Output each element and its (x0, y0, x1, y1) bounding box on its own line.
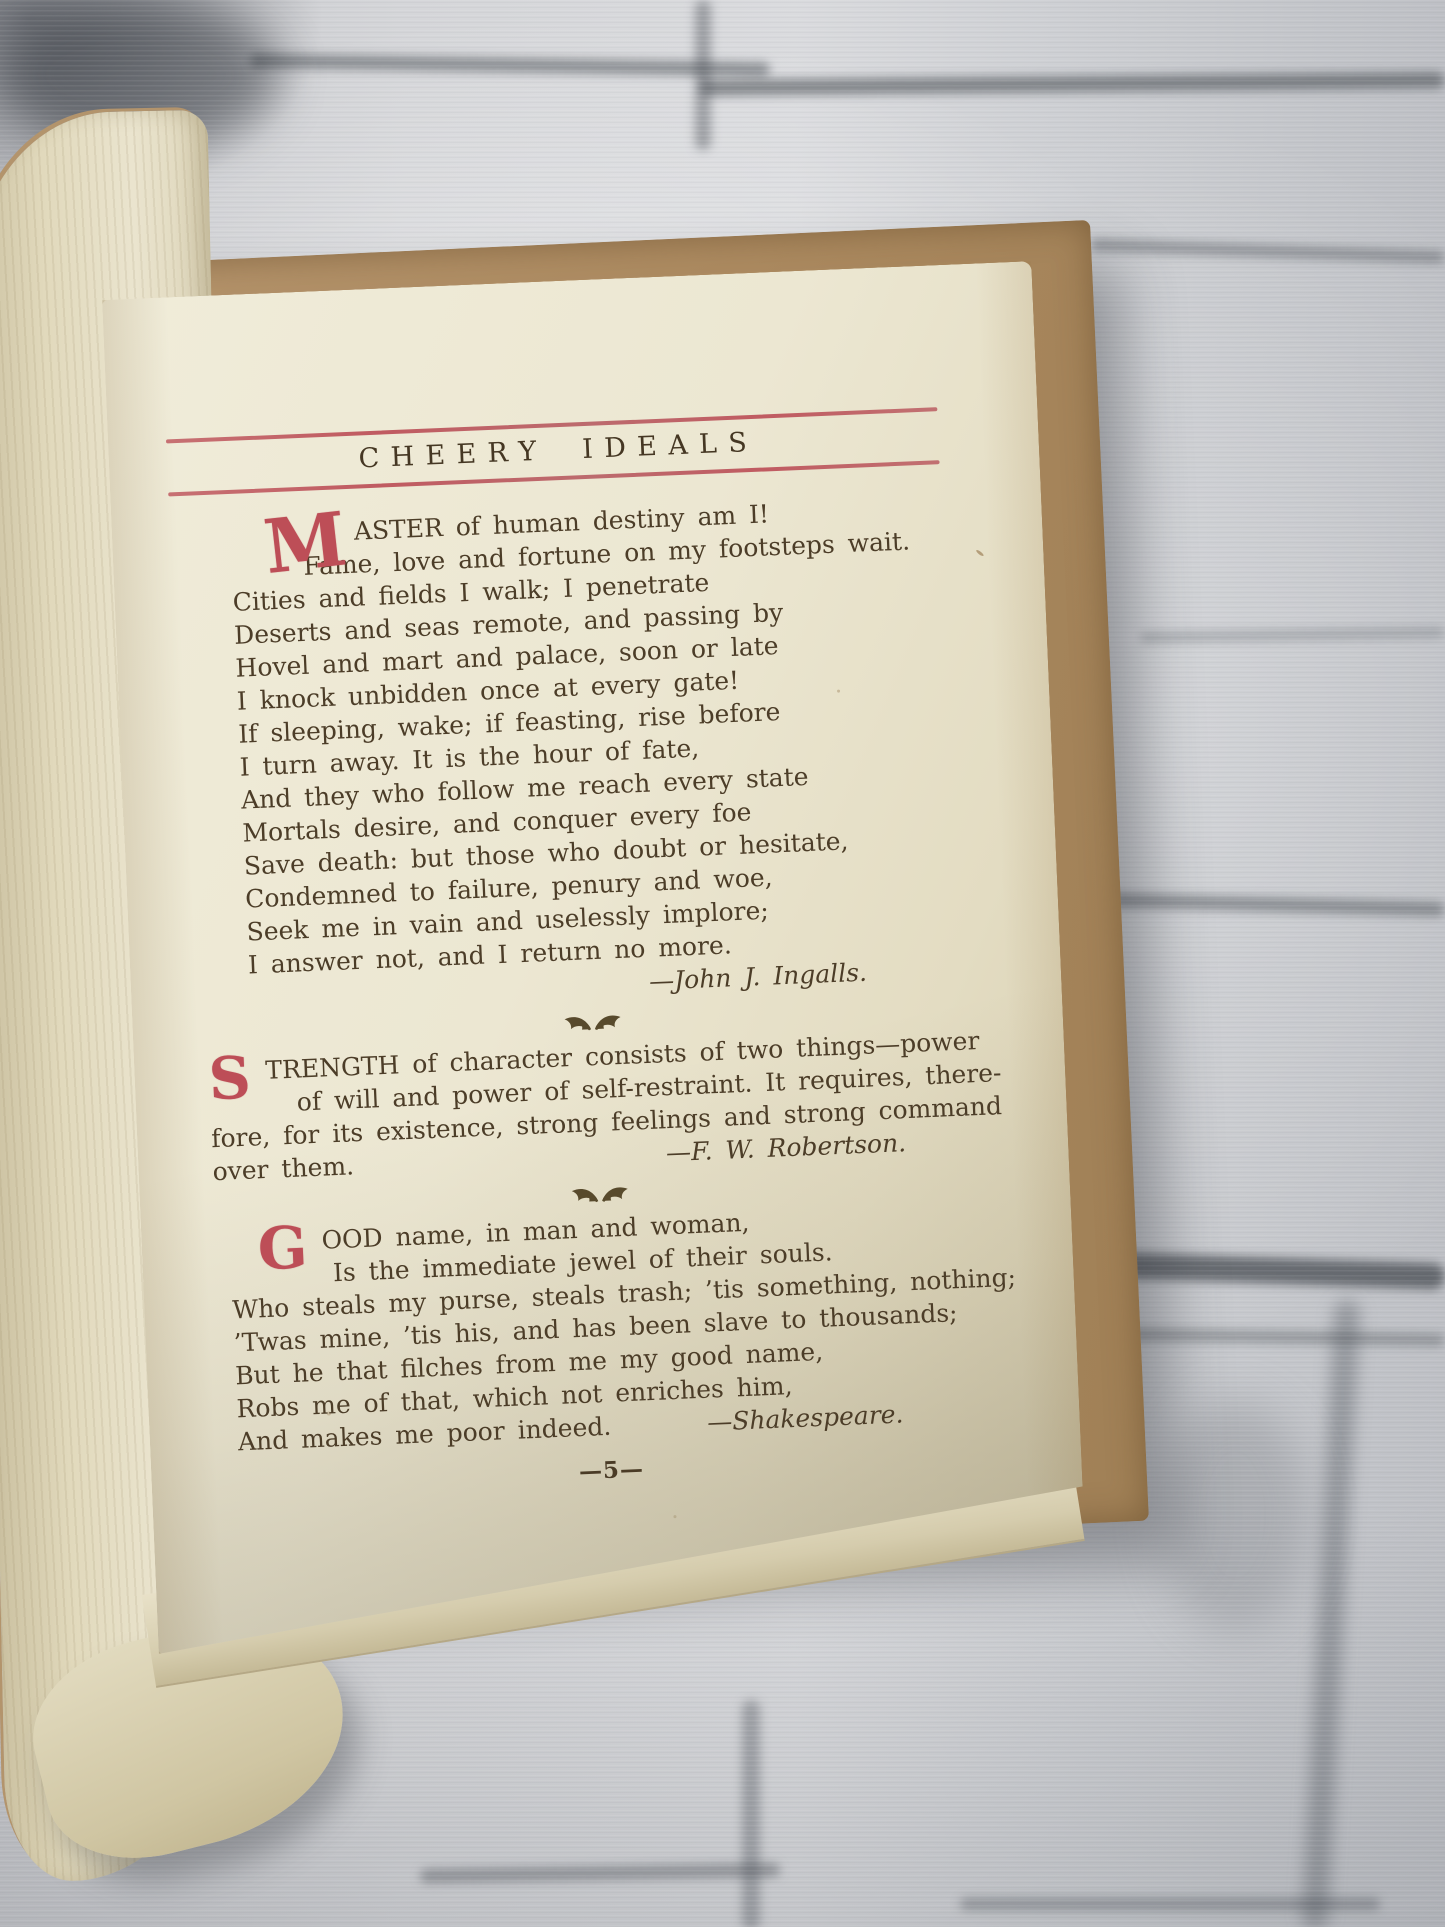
poem-good-name: G OOD name, in man and woman, Is the imm… (229, 1196, 990, 1458)
page-content: CHEERY IDEALS M ASTER of human destiny a… (102, 261, 1082, 1506)
drop-cap-G: G (257, 1222, 309, 1274)
attribution-shakespeare: —Shakespeare. (707, 1398, 905, 1439)
fleuron-icon (567, 1181, 632, 1208)
book: CHEERY IDEALS M ASTER of human destiny a… (0, 0, 1445, 1927)
quote-strength: S TRENGTH of character consists of two t… (208, 1024, 979, 1188)
fleuron-icon (560, 1009, 625, 1036)
drop-cap-M: M (261, 508, 349, 579)
prose-line: over them. (212, 1149, 355, 1188)
poem-opportunity: M ASTER of human destiny am I! Fame, lov… (229, 490, 971, 1015)
foxing-speck (673, 1515, 676, 1518)
drop-cap-S: S (208, 1053, 252, 1105)
photo-scene: CHEERY IDEALS M ASTER of human destiny a… (0, 0, 1445, 1927)
page-header: CHEERY IDEALS (188, 407, 950, 496)
book-page: CHEERY IDEALS M ASTER of human destiny a… (102, 261, 1088, 1654)
